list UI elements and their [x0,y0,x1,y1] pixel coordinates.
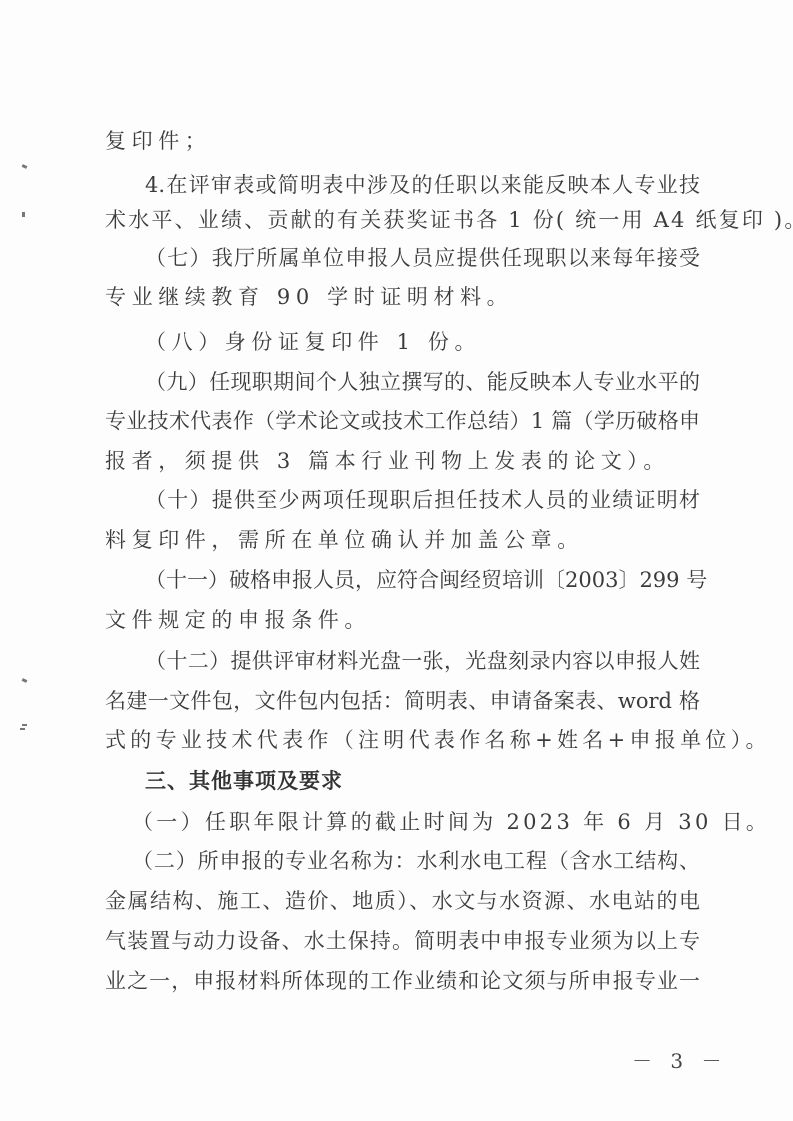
section-heading: 三、其他事项及要求 [145,767,700,795]
paragraph-line: （二）所申报的专业名称为：水利水电工程（含水工结构、 [132,847,700,875]
paragraph-line: 料复印件，需所在单位确认并加盖公章。 [105,526,700,554]
paragraph-line: 4.在评审表或简明表中涉及的任职以来能反映本人专业技 [145,171,700,199]
paragraph-line: 报者，须提供 3 篇本行业刊物上发表的论文）。 [105,447,700,475]
page-number: － 3 － [632,1045,727,1074]
paragraph-line: 名建一文件包，文件包内包括：简明表、申请备案表、word 格 [105,687,700,715]
scan-mark [22,724,27,726]
paragraph-line: 专业技术代表作（学术论文或技术工作总结）1 篇（学历破格申 [105,407,700,435]
paragraph-line: 金属结构、施工、造价、地质）、水文与水资源、水电站的电 [105,887,700,915]
scan-mark [22,164,28,169]
paragraph-line: （十）提供至少两项任现职后担任技术人员的业绩证明材 [145,486,700,514]
paragraph-line: （七）我厅所属单位申报人员应提供任现职以来每年接受 [145,244,700,272]
paragraph-line: （一）任职年限计算的截止时间为 2023 年 6 月 30 日。 [132,808,727,836]
paragraph-line: 术水平、业绩、贡献的有关获奖证书各 1 份( 统一用 A4 纸复印 )。 [105,206,700,234]
paragraph-line: 专业继续教育 90 学时证明材料。 [105,283,700,311]
paragraph-line: （十二）提供评审材料光盘一张，光盘刻录内容以申报人姓 [145,647,700,675]
paragraph-line: 气装置与动力设备、水土保持。简明表中申报专业须为以上专 [105,927,700,955]
paragraph-line: 式的专业技术代表作（注明代表作名称+姓名+申报单位）。 [105,726,700,754]
paragraph-line: （十一）破格申报人员，应符合闽经贸培训〔2003〕299 号 [145,566,700,594]
paragraph-line: （九）任现职期间个人独立撰写的、能反映本人专业水平的 [145,368,700,396]
scan-mark [20,728,25,730]
paragraph-line: 复印件； [105,127,700,155]
paragraph-line: 业之一，申报材料所体现的工作业绩和论文须与所申报专业一 [105,967,700,995]
paragraph-line: （八）身份证复印件 1 份。 [145,328,700,356]
scan-mark [22,678,28,683]
paragraph-line: 文件规定的申报条件。 [105,606,700,634]
scan-mark [22,212,25,217]
document-page: 复印件； 4.在评审表或简明表中涉及的任职以来能反映本人专业技 术水平、业绩、贡… [0,0,793,1121]
